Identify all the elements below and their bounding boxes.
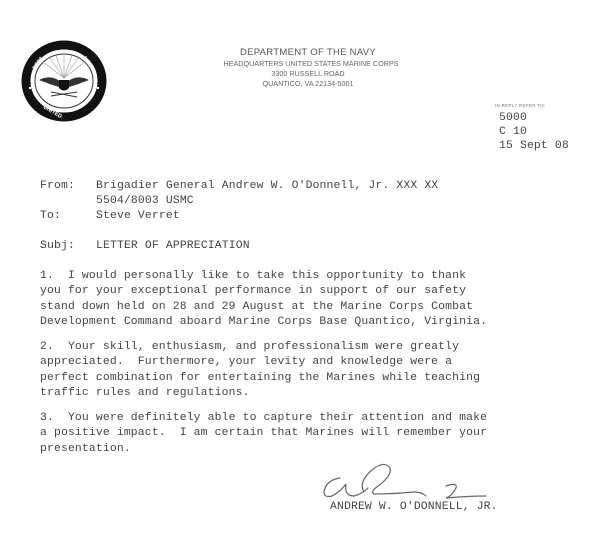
- paragraph-3: 3. You were definitely able to capture t…: [40, 411, 487, 457]
- paragraph-line: you for your exceptional performance in …: [40, 284, 487, 299]
- reference-ssic: 5000: [499, 111, 527, 125]
- subject-value: LETTER OF APPRECIATION: [96, 240, 250, 252]
- handwritten-signature-icon: [318, 462, 518, 502]
- from-label: From:: [40, 180, 75, 192]
- reference-header: IN REPLY REFER TO:: [495, 103, 546, 108]
- paragraph-1: 1. I would personally like to take this …: [40, 269, 487, 330]
- reference-date: 15 Sept 08: [499, 139, 569, 153]
- to-label: To:: [40, 210, 61, 222]
- paragraph-line: presentation.: [40, 442, 487, 457]
- paragraph-line: stand down held on 28 and 29 August at t…: [40, 300, 487, 315]
- letterhead-department: DEPARTMENT OF THE NAVY: [200, 48, 416, 58]
- from-line-2: 5504/8003 USMC: [96, 195, 194, 207]
- from-line-1: Brigadier General Andrew W. O'Donnell, J…: [96, 180, 438, 192]
- paragraph-line: 3. You were definitely able to capture t…: [40, 411, 487, 426]
- to-value: Steve Verret: [96, 210, 180, 222]
- paragraph-line: perfect combination for entertaining the…: [40, 371, 480, 386]
- paragraph-line: traffic rules and regulations.: [40, 386, 480, 401]
- paragraph-2: 2. Your skill, enthusiasm, and professio…: [40, 340, 480, 401]
- letterhead-city: QUANTICO, VA 22134-5001: [200, 79, 416, 89]
- paragraph-line: 2. Your skill, enthusiasm, and professio…: [40, 340, 480, 355]
- subject-label: Subj:: [40, 240, 75, 252]
- reference-code: C 10: [499, 125, 527, 139]
- paragraph-line: Development Command aboard Marine Corps …: [40, 315, 487, 330]
- paragraph-line: a positive impact. I am certain that Mar…: [40, 426, 487, 441]
- letterhead-street: 3300 RUSSELL ROAD: [200, 69, 416, 79]
- letterhead-headquarters: HEADQUARTERS UNITED STATES MARINE CORPS: [198, 59, 424, 69]
- department-of-defense-seal-icon: DEPA NSE UNITED: [21, 40, 107, 122]
- paragraph-line: appreciated. Furthermore, your levity an…: [40, 355, 480, 370]
- paragraph-line: 1. I would personally like to take this …: [40, 269, 487, 284]
- signature-name: ANDREW W. O'DONNELL, JR.: [330, 501, 498, 513]
